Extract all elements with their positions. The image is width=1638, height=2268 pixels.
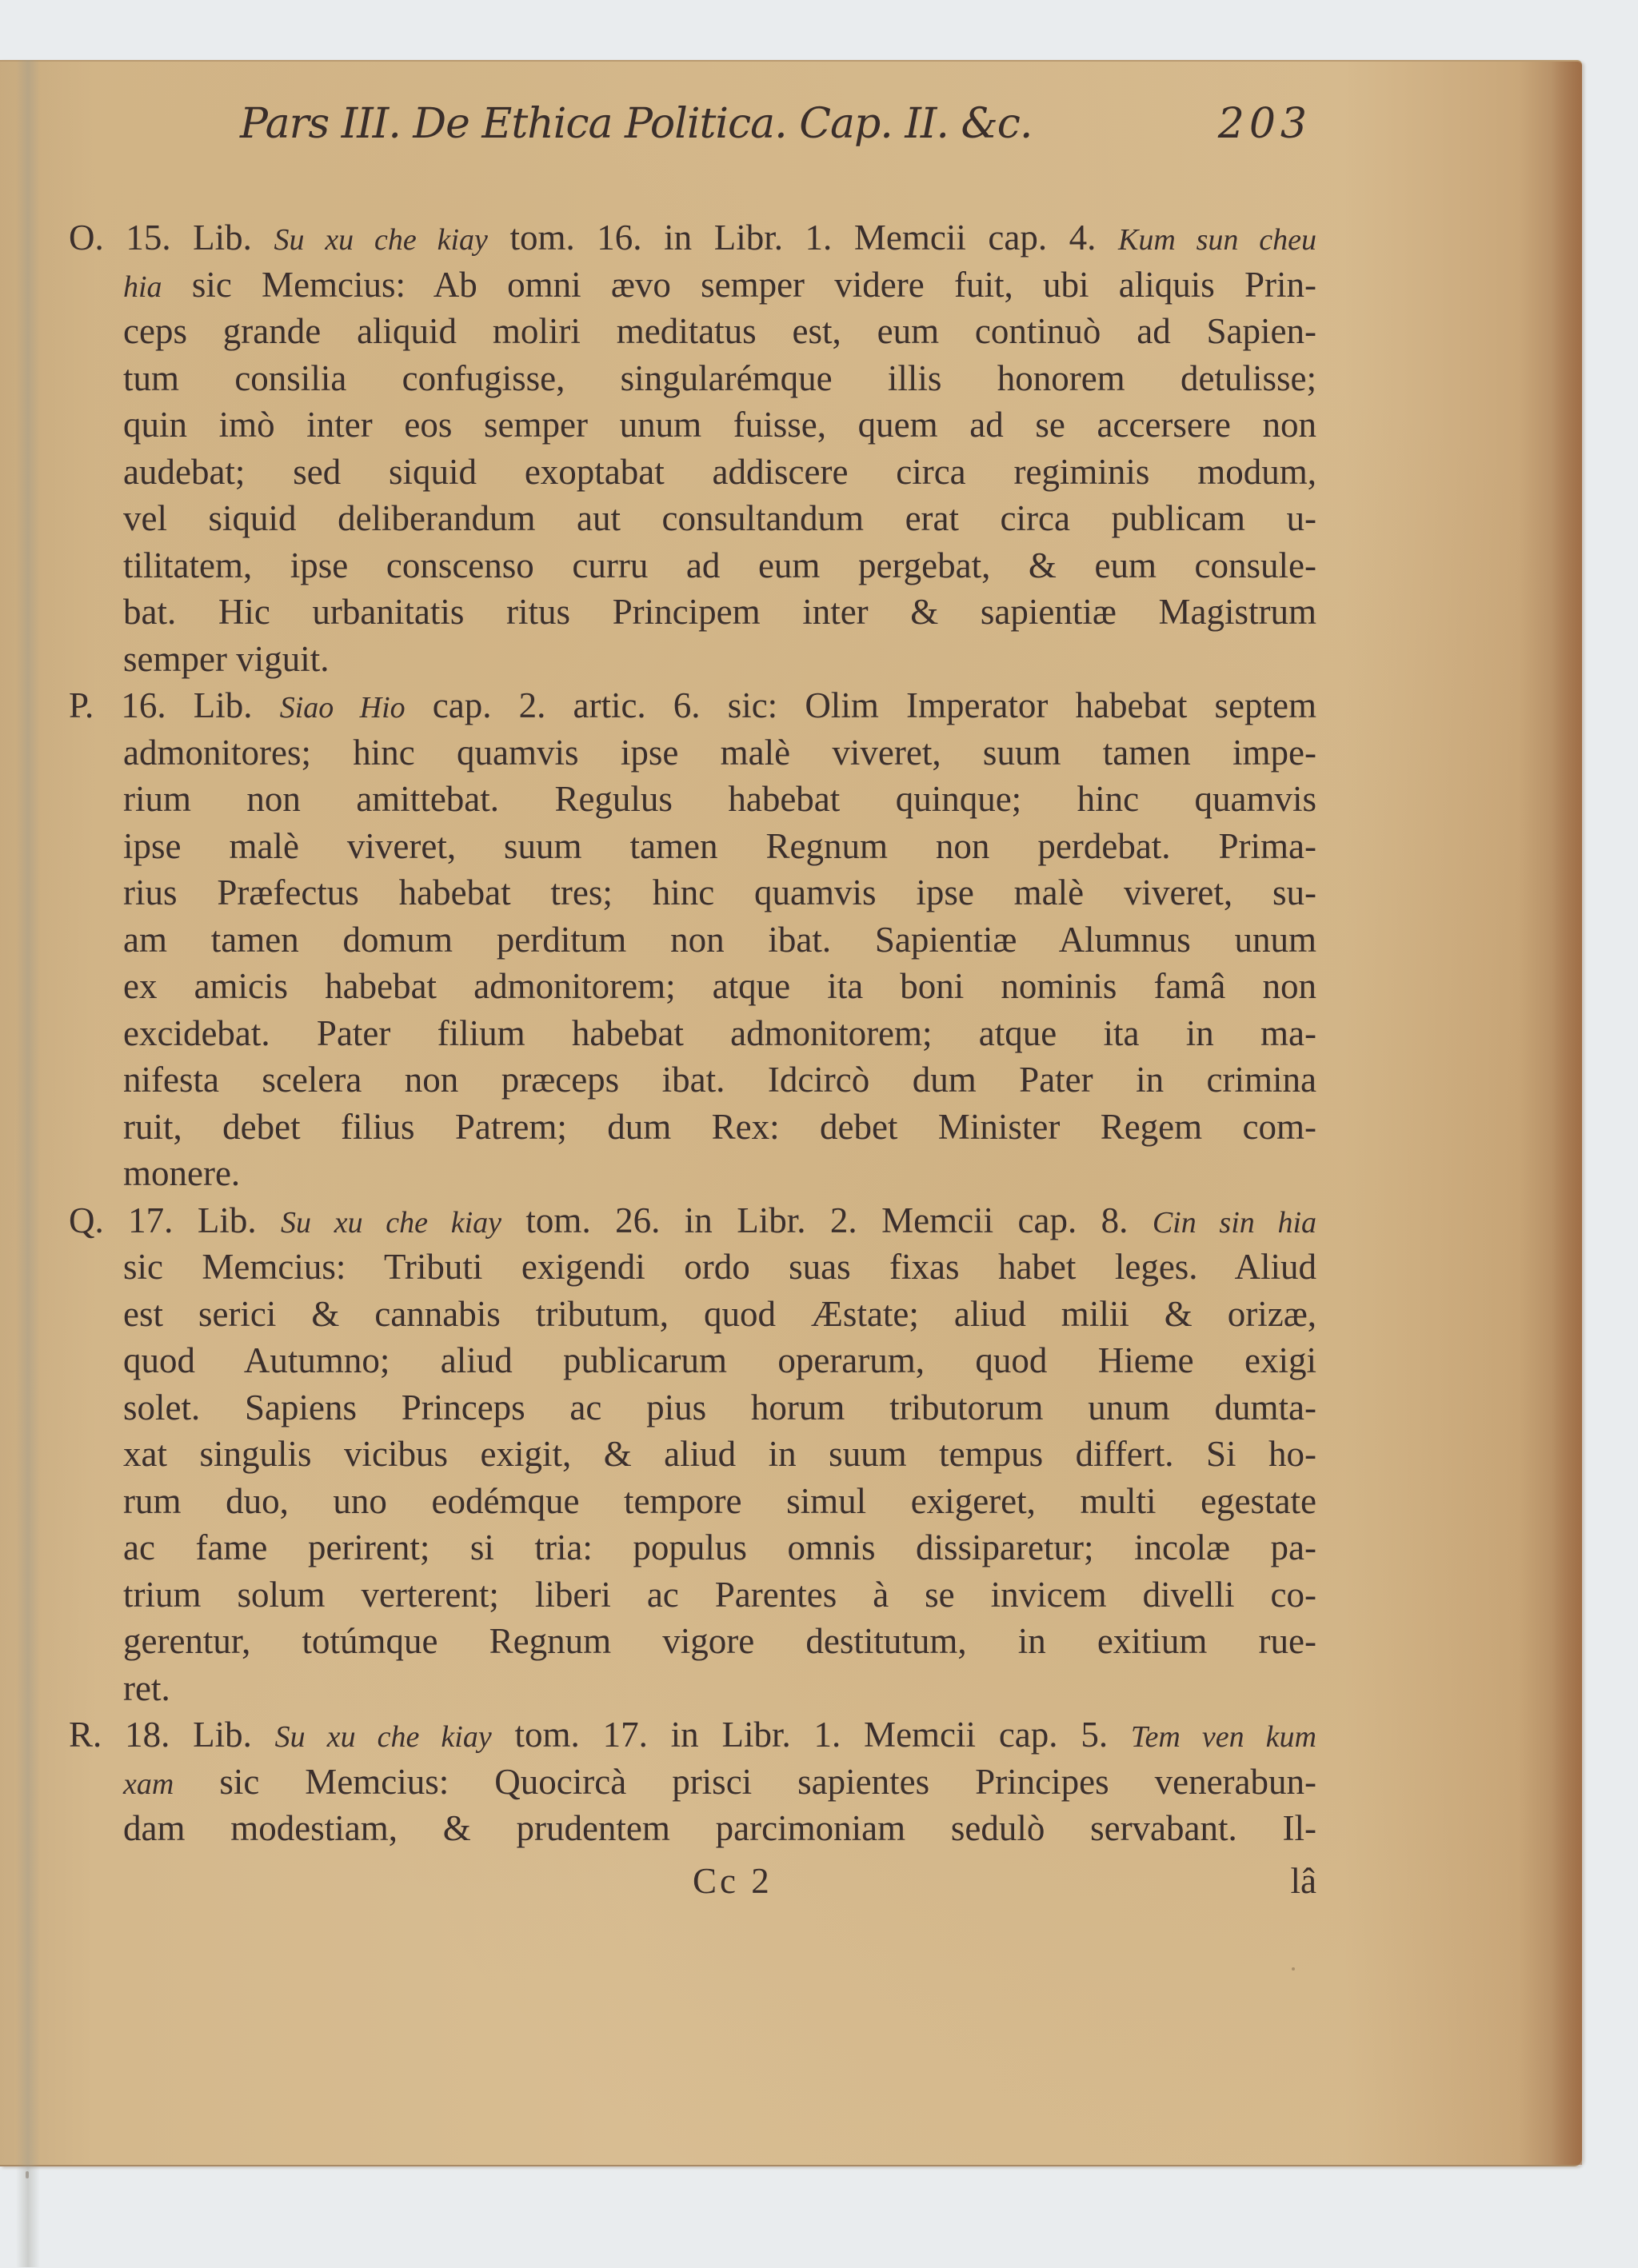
note-entry: O. 15. Lib. Su xu che kiay tom. 16. in L… [69, 214, 1316, 682]
text-line: semper viguit. [69, 636, 1316, 683]
text-line: vel siquid deliberandum aut consultandum… [69, 495, 1316, 542]
text-line: rium non amittebat. Regulus habebat quin… [69, 776, 1316, 823]
running-head: Pars III. De Ethica Politica. Cap. II. &… [240, 84, 1312, 156]
text-run: semper viguit. [123, 639, 329, 679]
text-run: ruit, debet filius Patrem; dum Rex: debe… [123, 1107, 1316, 1147]
text-run: dam modestiam, & prudentem parcimoniam s… [123, 1808, 1316, 1848]
text-line: xat singulis vicibus exigit, & aliud in … [69, 1431, 1316, 1478]
text-line: nifesta scelera non præceps ibat. Idcirc… [69, 1056, 1316, 1104]
text-run: ceps grande aliquid moliri meditatus est… [123, 311, 1316, 351]
text-line: audebat; sed siquid exoptabat addiscere … [69, 449, 1316, 496]
paper-speck [26, 2171, 29, 2178]
text-run: tom. 16. in Libr. 1. Memcii cap. 4. [488, 218, 1118, 258]
text-run: vel siquid deliberandum aut consultandum… [123, 498, 1316, 538]
italic-title: Siao Hio [280, 691, 406, 725]
text-run: O. 15. Lib. [69, 218, 274, 258]
text-run: ex amicis habebat admonitorem; atque ita… [123, 966, 1316, 1006]
text-line: dam modestiam, & prudentem parcimoniam s… [69, 1805, 1316, 1852]
italic-title: xam [123, 1767, 174, 1801]
text-line: ac fame perirent; si tria: populus omnis… [69, 1524, 1316, 1571]
entry-heading-line: R. 18. Lib. Su xu che kiay tom. 17. in L… [69, 1711, 1316, 1759]
catchword: lâ [1291, 1860, 1316, 1902]
gutter-shadow [16, 60, 40, 2267]
text-run: am tamen domum perditum non ibat. Sapien… [123, 920, 1316, 960]
text-line: rius Præfectus habebat tres; hinc quamvi… [69, 869, 1316, 916]
running-title: Pars III. De Ethica Politica. Cap. II. &… [240, 100, 1032, 148]
text-line: ret. [69, 1665, 1316, 1712]
entry-heading-line: O. 15. Lib. Su xu che kiay tom. 16. in L… [69, 214, 1316, 262]
text-line: est serici & cannabis tributum, quod Æst… [69, 1291, 1316, 1338]
text-line: ex amicis habebat admonitorem; atque ita… [69, 963, 1316, 1010]
text-run: excidebat. Pater filium habebat admonito… [123, 1013, 1316, 1053]
text-run: xat singulis vicibus exigit, & aliud in … [123, 1434, 1316, 1474]
text-line: ceps grande aliquid moliri meditatus est… [69, 308, 1316, 355]
text-run: sic Memcius: Ab omni ævo semper videre f… [162, 265, 1316, 305]
paper-speck [1292, 1967, 1295, 1971]
italic-title: Su xu che kiay [281, 1206, 501, 1240]
page-footer: Cc 2 lâ [69, 1860, 1316, 1908]
text-run: monere. [123, 1153, 240, 1193]
text-line: quod Autumno; aliud publicarum operarum,… [69, 1337, 1316, 1384]
text-run: cap. 2. artic. 6. sic: Olim Imperator ha… [406, 685, 1316, 725]
italic-title: Su xu che kiay [275, 1720, 492, 1754]
text-run: rius Præfectus habebat tres; hinc quamvi… [123, 872, 1316, 912]
text-run: sic Memcius: Quocircà prisci sapientes P… [174, 1762, 1316, 1802]
text-run: admonitores; hinc quamvis ipse malè vive… [123, 733, 1316, 773]
text-line: rum duo, uno eodémque tempore simul exig… [69, 1478, 1316, 1525]
note-entry: P. 16. Lib. Siao Hio cap. 2. artic. 6. s… [69, 682, 1316, 1197]
text-run: audebat; sed siquid exoptabat addiscere … [123, 452, 1316, 492]
italic-title: Tem ven kum [1131, 1720, 1316, 1754]
text-run: tom. 17. in Libr. 1. Memcii cap. 5. [492, 1715, 1131, 1755]
text-run: bat. Hic urbanitatis ritus Principem int… [123, 592, 1316, 632]
text-line: tum consilia confugisse, singularémque i… [69, 355, 1316, 402]
italic-title: Cin sin hia [1153, 1206, 1316, 1240]
text-line: xam sic Memcius: Quocircà prisci sapient… [69, 1759, 1316, 1806]
text-run: trium solum verterent; liberi ac Parente… [123, 1575, 1316, 1615]
note-entry: Q. 17. Lib. Su xu che kiay tom. 26. in L… [69, 1197, 1316, 1712]
text-run: tum consilia confugisse, singularémque i… [123, 358, 1316, 398]
italic-title: hia [123, 270, 162, 304]
text-run: rum duo, uno eodémque tempore simul exig… [123, 1481, 1316, 1521]
text-run: tilitatem, ipse conscenso curru ad eum p… [123, 545, 1316, 585]
text-line: sic Memcius: Tributi exigendi ordo suas … [69, 1244, 1316, 1291]
text-run: solet. Sapiens Princeps ac pius horum tr… [123, 1388, 1316, 1427]
entry-heading-line: P. 16. Lib. Siao Hio cap. 2. artic. 6. s… [69, 682, 1316, 729]
text-run: gerentur, totúmque Regnum vigore destitu… [123, 1621, 1316, 1661]
text-line: monere. [69, 1150, 1316, 1197]
text-line: am tamen domum perditum non ibat. Sapien… [69, 916, 1316, 964]
signature-mark: Cc 2 [693, 1860, 773, 1902]
text-line: hia sic Memcius: Ab omni ævo semper vide… [69, 262, 1316, 309]
text-run: ac fame perirent; si tria: populus omnis… [123, 1527, 1316, 1567]
text-line: gerentur, totúmque Regnum vigore destitu… [69, 1618, 1316, 1665]
text-line: tilitatem, ipse conscenso curru ad eum p… [69, 542, 1316, 589]
text-run: quin imò inter eos semper unum fuisse, q… [123, 405, 1316, 445]
text-line: quin imò inter eos semper unum fuisse, q… [69, 401, 1316, 449]
text-line: admonitores; hinc quamvis ipse malè vive… [69, 729, 1316, 777]
page-number: 203 [1218, 100, 1312, 148]
text-line: bat. Hic urbanitatis ritus Principem int… [69, 589, 1316, 636]
text-run: quod Autumno; aliud publicarum operarum,… [123, 1340, 1316, 1380]
text-run: Q. 17. Lib. [69, 1200, 281, 1240]
body-text: O. 15. Lib. Su xu che kiay tom. 16. in L… [69, 214, 1316, 1852]
note-entry: R. 18. Lib. Su xu che kiay tom. 17. in L… [69, 1711, 1316, 1852]
text-line: ruit, debet filius Patrem; dum Rex: debe… [69, 1104, 1316, 1151]
text-run: P. 16. Lib. [69, 685, 280, 725]
text-run: rium non amittebat. Regulus habebat quin… [123, 779, 1316, 819]
text-line: ipse malè viveret, suum tamen Regnum non… [69, 823, 1316, 870]
italic-title: Kum sun cheu [1118, 223, 1316, 257]
text-run: nifesta scelera non præceps ibat. Idcirc… [123, 1060, 1316, 1100]
text-run: ret. [123, 1668, 170, 1708]
text-run: sic Memcius: Tributi exigendi ordo suas … [123, 1247, 1316, 1287]
italic-title: Su xu che kiay [274, 223, 487, 257]
paper-speck [1216, 1543, 1220, 1547]
text-line: excidebat. Pater filium habebat admonito… [69, 1010, 1316, 1057]
text-run: tom. 26. in Libr. 2. Memcii cap. 8. [501, 1200, 1153, 1240]
text-line: solet. Sapiens Princeps ac pius horum tr… [69, 1384, 1316, 1431]
text-run: R. 18. Lib. [69, 1715, 275, 1755]
entry-heading-line: Q. 17. Lib. Su xu che kiay tom. 26. in L… [69, 1197, 1316, 1244]
text-run: ipse malè viveret, suum tamen Regnum non… [123, 826, 1316, 866]
text-line: trium solum verterent; liberi ac Parente… [69, 1571, 1316, 1619]
text-run: est serici & cannabis tributum, quod Æst… [123, 1294, 1316, 1334]
page-edge-shading [1552, 62, 1582, 2165]
